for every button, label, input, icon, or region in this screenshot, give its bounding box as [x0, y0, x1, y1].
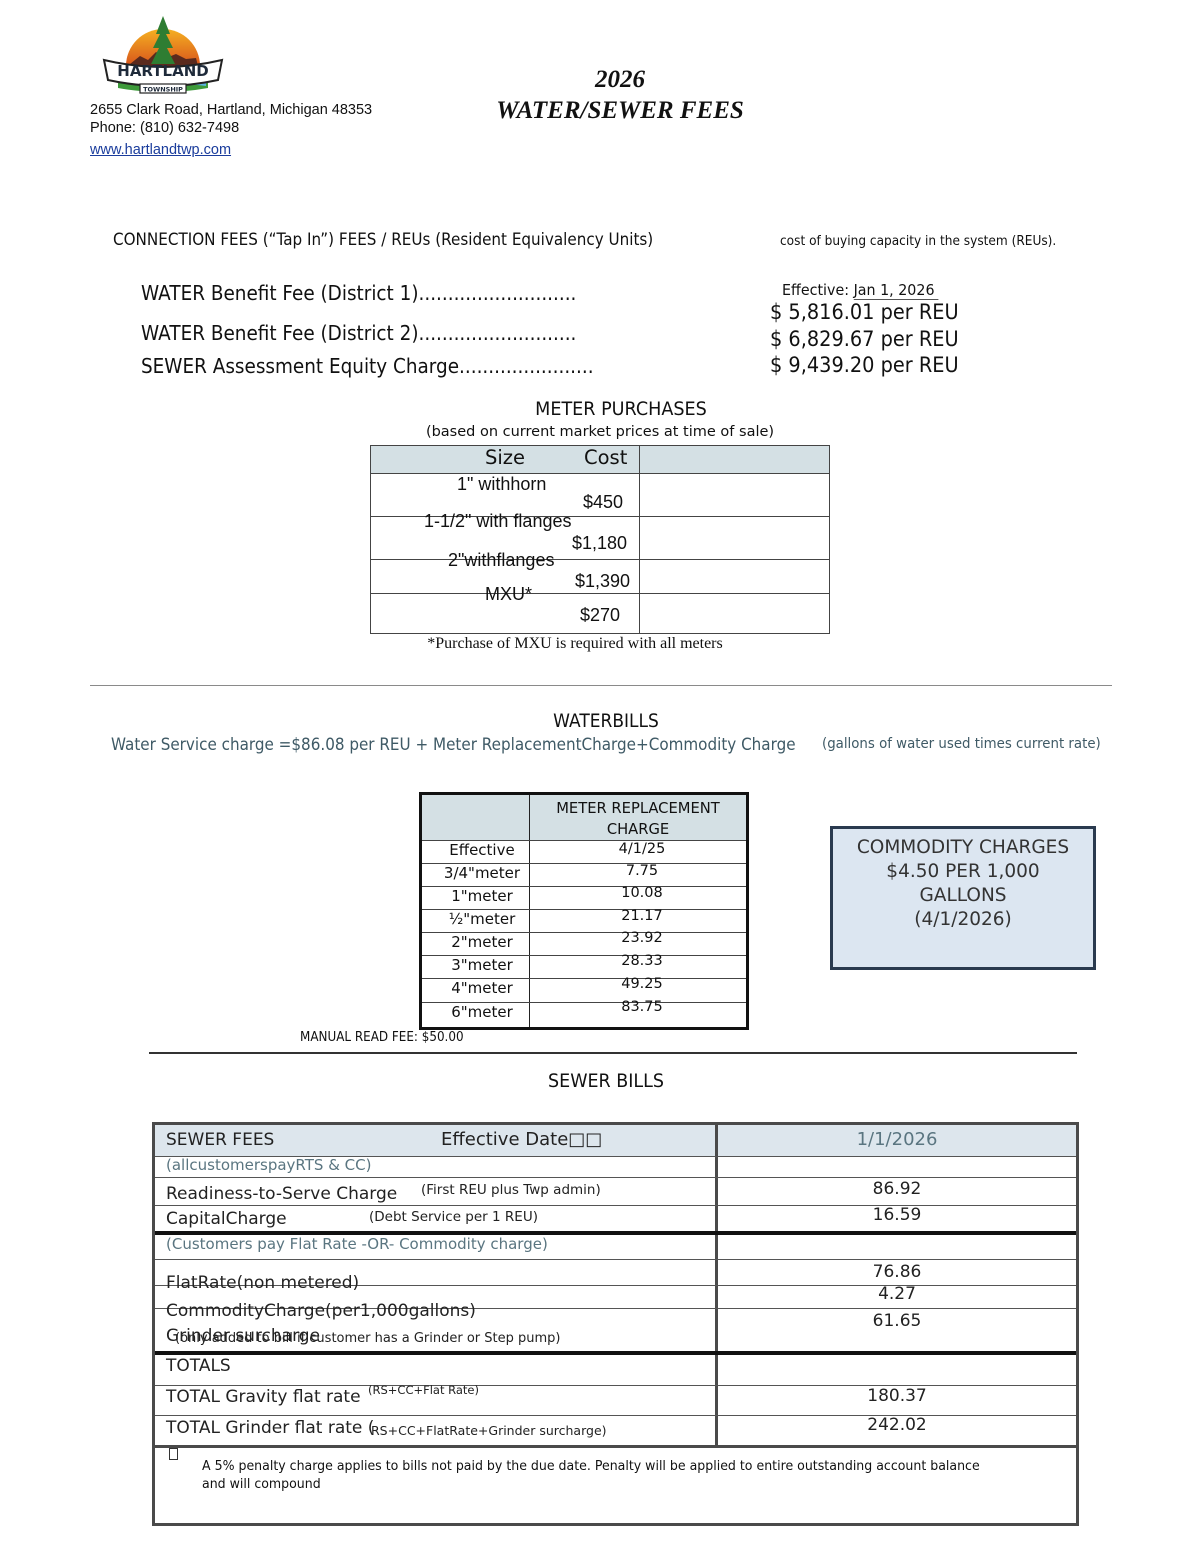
- fee-value-water-district-2: $ 6,829.67 per REU: [770, 327, 959, 351]
- meter-replacement-value: 49.25: [582, 976, 702, 992]
- water-formula-note: (gallons of water used times current rat…: [822, 736, 1101, 752]
- meter-purchases-subtitle: (based on current market prices at time …: [370, 424, 830, 440]
- svg-text:TOWNSHIP: TOWNSHIP: [143, 86, 183, 94]
- commodity-charge-value: 4.27: [718, 1284, 1076, 1304]
- mxu-footnote: *Purchase of MXU is required with all me…: [370, 635, 780, 653]
- commodity-charge-label: CommodityCharge(per1,000gallons): [166, 1301, 476, 1321]
- meter-size-label: Effective: [422, 841, 542, 859]
- meter-size-label: 3"meter: [422, 956, 542, 974]
- group-note-flat-or-commodity: (Customers pay Flat Rate -OR- Commodity …: [166, 1235, 548, 1253]
- group-note-all-customers: (allcustomerspayRTS & CC): [166, 1156, 371, 1174]
- manual-read-fee: MANUAL READ FEE: $50.00: [300, 1030, 464, 1045]
- meter-cost: $270: [580, 605, 620, 626]
- meter-purchases-table: Size Cost 1" withhorn $450 1-1/2" with f…: [370, 445, 830, 634]
- capital-charge-value: 16.59: [718, 1205, 1076, 1225]
- fee-label-sewer-equity: SEWER Assessment Equity Charge..........…: [141, 354, 594, 378]
- meter-replacement-value: 83.75: [582, 999, 702, 1015]
- street-address: 2655 Clark Road, Hartland, Michigan 4835…: [90, 101, 372, 119]
- connection-fees-note: cost of buying capacity in the system (R…: [780, 233, 1056, 249]
- total-gravity-note: (RS+CC+Flat Rate): [368, 1383, 479, 1397]
- title-main: WATER/SEWER FEES: [470, 95, 770, 126]
- capital-charge-label: CapitalCharge: [166, 1209, 287, 1229]
- meter-cost: $1,390: [575, 571, 630, 592]
- hartland-township-logo: HARTLAND TOWNSHIP: [96, 14, 230, 94]
- meter-cost: $450: [583, 492, 623, 513]
- effective-date-value: Jan 1, 2026: [854, 281, 939, 300]
- phone-number: Phone: (810) 632-7498: [90, 119, 372, 137]
- total-gravity-value: 180.37: [718, 1386, 1076, 1406]
- water-bills-title: WATERBILLS: [48, 711, 1163, 732]
- meter-size-label: 2"meter: [422, 933, 542, 951]
- sewer-effective-date: 1/1/2026: [718, 1129, 1076, 1150]
- meter-size-label: 4"meter: [422, 979, 542, 997]
- address-block: 2655 Clark Road, Hartland, Michigan 4835…: [90, 101, 372, 137]
- fee-value-water-district-1: $ 5,816.01 per REU: [770, 300, 959, 324]
- meter-replacement-header: METER REPLACEMENT CHARGE: [535, 798, 740, 840]
- rts-charge-label: Readiness-to-Serve Charge: [166, 1184, 397, 1204]
- connection-fees-heading: CONNECTION FEES (“Tap In”) FEES / REUs (…: [113, 230, 653, 249]
- meter-size-label: 1"meter: [422, 887, 542, 905]
- commodity-unit: GALLONS: [833, 884, 1093, 908]
- grinder-surcharge-value: 61.65: [718, 1311, 1076, 1331]
- meter-size-label: 3/4"meter: [422, 864, 542, 882]
- commodity-date: (4/1/2026): [833, 908, 1093, 932]
- meter-replacement-value: 28.33: [582, 953, 702, 969]
- meter-size: 1" withhorn: [457, 474, 546, 495]
- meter-size: 1-1/2" with flanges: [424, 511, 571, 532]
- logo-graphic: HARTLAND TOWNSHIP: [96, 14, 230, 94]
- meter-replacement-value: 7.75: [582, 863, 702, 879]
- water-service-formula: Water Service charge =$86.08 per REU + M…: [111, 735, 796, 754]
- fee-value-sewer-equity: $ 9,439.20 per REU: [770, 353, 959, 377]
- meter-purchases-title: METER PURCHASES: [383, 399, 860, 420]
- meter-size-label: ½"meter: [422, 910, 542, 928]
- website-link[interactable]: www.hartlandtwp.com: [90, 142, 231, 158]
- effective-date-label: Effective Date□□: [441, 1129, 602, 1150]
- totals-label: TOTALS: [166, 1356, 231, 1376]
- total-grinder-value: 242.02: [718, 1415, 1076, 1435]
- page-title: 2026 WATER/SEWER FEES: [470, 64, 770, 126]
- meter-size: 2"withflanges: [448, 550, 554, 571]
- title-year: 2026: [470, 64, 770, 95]
- grinder-surcharge-note: (only added to bill if customer has a Gr…: [175, 1331, 560, 1346]
- section-divider: [90, 685, 1112, 686]
- meter-replacement-table: METER REPLACEMENT CHARGE Effective4/1/25…: [419, 792, 749, 1030]
- total-gravity-label: TOTAL Gravity flat rate: [166, 1387, 361, 1407]
- rts-charge-value: 86.92: [718, 1179, 1076, 1199]
- bullet-icon: [169, 1448, 178, 1460]
- sewer-bills-title: SEWER BILLS: [48, 1070, 1163, 1092]
- flat-rate-value: 76.86: [718, 1262, 1076, 1282]
- capital-charge-note: (Debt Service per 1 REU): [369, 1209, 538, 1225]
- effective-label: Effective:: [782, 281, 849, 299]
- meter-size-label: 6"meter: [422, 1003, 542, 1021]
- col-cost-header: Cost: [584, 446, 627, 469]
- fee-label-water-district-2: WATER Benefit Fee (District 2)..........…: [141, 321, 576, 345]
- meter-replacement-value: 21.17: [582, 908, 702, 924]
- meter-size: MXU*: [485, 584, 532, 605]
- meter-cost: $1,180: [572, 533, 627, 554]
- commodity-rate: $4.50 PER 1,000: [833, 860, 1093, 884]
- effective-date: Effective: Jan 1, 2026: [782, 281, 938, 299]
- sewer-fees-label: SEWER FEES: [166, 1130, 274, 1150]
- commodity-title: COMMODITY CHARGES: [833, 836, 1093, 860]
- commodity-charges-box: COMMODITY CHARGES $4.50 PER 1,000 GALLON…: [830, 826, 1096, 970]
- section-divider: [149, 1052, 1077, 1054]
- meter-replacement-value: 23.92: [582, 930, 702, 946]
- penalty-notice: A 5% penalty charge applies to bills not…: [202, 1457, 1002, 1493]
- svg-text:HARTLAND: HARTLAND: [117, 62, 208, 80]
- total-grinder-label: TOTAL Grinder flat rate (: [166, 1418, 374, 1438]
- fee-label-water-district-1: WATER Benefit Fee (District 1)..........…: [141, 281, 576, 305]
- rts-charge-note: (First REU plus Twp admin): [421, 1182, 601, 1198]
- sewer-fees-table: SEWER FEES Effective Date□□ 1/1/2026 (al…: [152, 1122, 1079, 1526]
- meter-replacement-value: 4/1/25: [582, 841, 702, 857]
- total-grinder-note: RS+CC+FlatRate+Grinder surcharge): [371, 1423, 607, 1438]
- flat-rate-label: FlatRate(non metered): [166, 1273, 359, 1293]
- meter-replacement-value: 10.08: [582, 885, 702, 901]
- col-size-header: Size: [485, 446, 525, 469]
